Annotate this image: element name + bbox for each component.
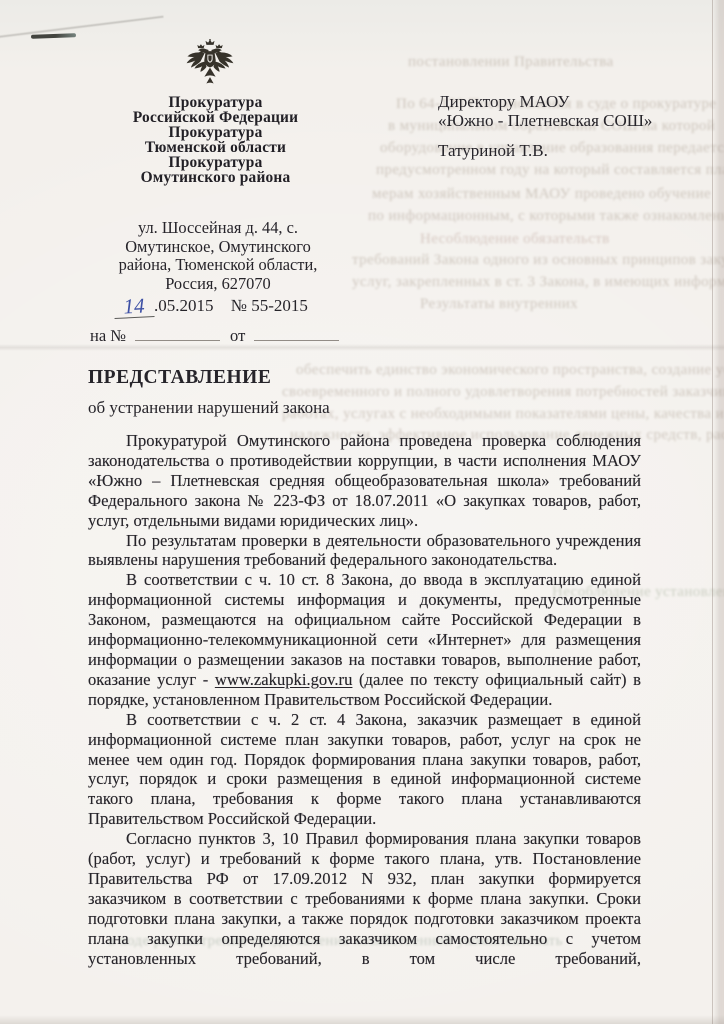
addressee-block: Директору МАОУ «Южно - Плетневская СОШ» … [438,93,652,160]
page-edge-shadow [0,1015,724,1024]
body-paragraph: Прокуратурой Омутинского района проведен… [88,431,641,531]
bleedthrough-line: постановлении Правительства [408,54,614,71]
letterhead-organization: Прокуратура Российской Федерации Прокура… [58,96,373,185]
reply-on-label: на № [90,326,126,345]
address-line: района, Тюменской области, [78,256,358,275]
bleedthrough-line: предусмотренном году на который составля… [376,162,724,179]
document-body: ПРЕДСТАВЛЕНИЕ об устранении нарушений за… [88,367,641,968]
body-paragraph: В соответствии с ч. 10 ст. 8 Закона, до … [88,570,641,709]
body-paragraph: В соответствии с ч. 2 ст. 4 Закона, зака… [88,710,641,829]
blank-underline [254,327,339,341]
handwritten-day: 14 [113,295,154,319]
coat-of-arms-icon [182,39,238,91]
scanned-document-page: постановлении Правительства По 64-123 По… [0,0,724,1024]
fold-crease [0,344,724,351]
org-line: Омутинского района [58,171,373,186]
bleedthrough-line: требований Закона одного из основных при… [352,252,724,269]
date-suffix: .05.2015 [154,296,214,315]
bleedthrough-line: мерам хозяйственным МАОУ проведено обуче… [372,186,711,203]
address-line: Россия, 627070 [78,275,358,294]
bleedthrough-line: услуг, закрепленных в ст. 3 Закона, в им… [352,274,724,291]
paper-crease [0,16,163,38]
address-line: ул. Шоссейная д. 44, с. [78,219,358,238]
addressee-line: Директору МАОУ [438,93,652,112]
reply-reference-line: на №от [90,326,339,346]
reply-from-label: от [230,326,245,345]
page-edge-shadow [712,0,724,1024]
body-paragraph: Согласно пунктов 3, 10 Правил формирован… [88,829,641,968]
bleedthrough-line: Несоблюдение обязательств [420,231,610,248]
document-title: ПРЕДСТАВЛЕНИЕ [88,367,641,389]
address-line: Омутинское, Омутинского [78,238,358,257]
addressee-line: «Южно - Плетневская СОШ» [438,112,652,131]
bleedthrough-line: Результаты внутренних [420,296,578,313]
body-paragraph: По результатам проверки в деятельности о… [88,531,641,571]
document-number: № 55-2015 [231,296,308,315]
reference-date-line: 14.05.2015 № 55-2015 [114,296,308,318]
bleedthrough-line: по информационным, с которыми также озна… [368,208,724,225]
sender-address: ул. Шоссейная д. 44, с. Омутинское, Омут… [78,219,358,293]
blank-underline [135,327,220,341]
document-subtitle: об устранении нарушений закона [88,398,641,418]
zakupki-url: www.zakupki.gov.ru [215,670,352,689]
pen-mark [31,33,76,39]
addressee-name: Татуриной Т.В. [438,142,652,161]
